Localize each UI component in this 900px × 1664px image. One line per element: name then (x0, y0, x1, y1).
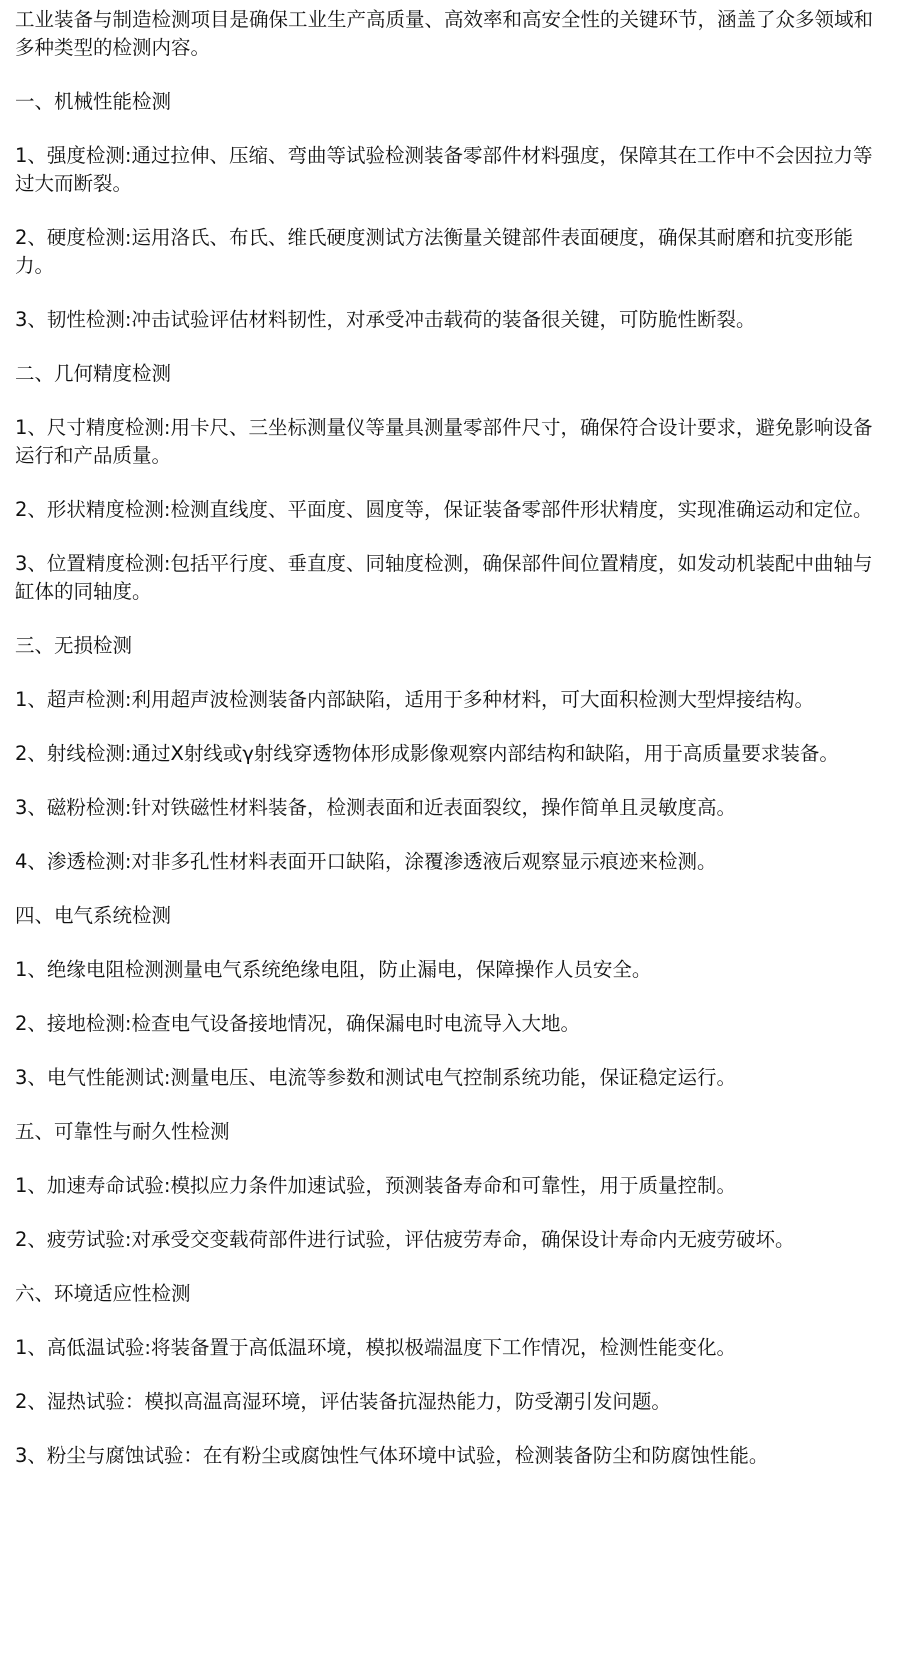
section-heading-geometric: 二、几何精度检测 (15, 360, 886, 388)
list-item: 1、尺寸精度检测:用卡尺、三坐标测量仪等量具测量零部件尺寸，确保符合设计要求，避… (15, 414, 886, 470)
section-heading-reliability: 五、可靠性与耐久性检测 (15, 1118, 886, 1146)
list-item: 2、形状精度检测:检测直线度、平面度、圆度等，保证装备零部件形状精度，实现准确运… (15, 496, 886, 524)
list-item: 3、位置精度检测:包括平行度、垂直度、同轴度检测，确保部件间位置精度，如发动机装… (15, 550, 886, 606)
list-item: 2、硬度检测:运用洛氏、布氏、维氏硬度测试方法衡量关键部件表面硬度，确保其耐磨和… (15, 224, 886, 280)
list-item: 3、磁粉检测:针对铁磁性材料装备，检测表面和近表面裂纹，操作简单且灵敏度高。 (15, 794, 886, 822)
list-item: 3、电气性能测试:测量电压、电流等参数和测试电气控制系统功能，保证稳定运行。 (15, 1064, 886, 1092)
section-heading-mechanical: 一、机械性能检测 (15, 88, 886, 116)
intro-paragraph: 工业装备与制造检测项目是确保工业生产高质量、高效率和高安全性的关键环节，涵盖了众… (15, 6, 886, 62)
list-item: 3、韧性检测:冲击试验评估材料韧性，对承受冲击载荷的装备很关键，可防脆性断裂。 (15, 306, 886, 334)
list-item: 2、湿热试验：模拟高温高湿环境，评估装备抗湿热能力，防受潮引发问题。 (15, 1388, 886, 1416)
section-heading-ndt: 三、无损检测 (15, 632, 886, 660)
list-item: 4、渗透检测:对非多孔性材料表面开口缺陷，涂覆渗透液后观察显示痕迹来检测。 (15, 848, 886, 876)
list-item: 3、粉尘与腐蚀试验：在有粉尘或腐蚀性气体环境中试验，检测装备防尘和防腐蚀性能。 (15, 1442, 886, 1470)
list-item: 2、射线检测:通过X射线或γ射线穿透物体形成影像观察内部结构和缺陷，用于高质量要… (15, 740, 886, 768)
section-heading-electrical: 四、电气系统检测 (15, 902, 886, 930)
list-item: 1、加速寿命试验:模拟应力条件加速试验，预测装备寿命和可靠性，用于质量控制。 (15, 1172, 886, 1200)
list-item: 2、接地检测:检查电气设备接地情况，确保漏电时电流导入大地。 (15, 1010, 886, 1038)
list-item: 1、高低温试验:将装备置于高低温环境，模拟极端温度下工作情况，检测性能变化。 (15, 1334, 886, 1362)
list-item: 2、疲劳试验:对承受交变载荷部件进行试验，评估疲劳寿命，确保设计寿命内无疲劳破坏… (15, 1226, 886, 1254)
list-item: 1、超声检测:利用超声波检测装备内部缺陷，适用于多种材料，可大面积检测大型焊接结… (15, 686, 886, 714)
list-item: 1、强度检测:通过拉伸、压缩、弯曲等试验检测装备零部件材料强度，保障其在工作中不… (15, 142, 886, 198)
list-item: 1、绝缘电阻检测测量电气系统绝缘电阻，防止漏电，保障操作人员安全。 (15, 956, 886, 984)
document-body: 工业装备与制造检测项目是确保工业生产高质量、高效率和高安全性的关键环节，涵盖了众… (0, 0, 900, 1470)
section-heading-environmental: 六、环境适应性检测 (15, 1280, 886, 1308)
